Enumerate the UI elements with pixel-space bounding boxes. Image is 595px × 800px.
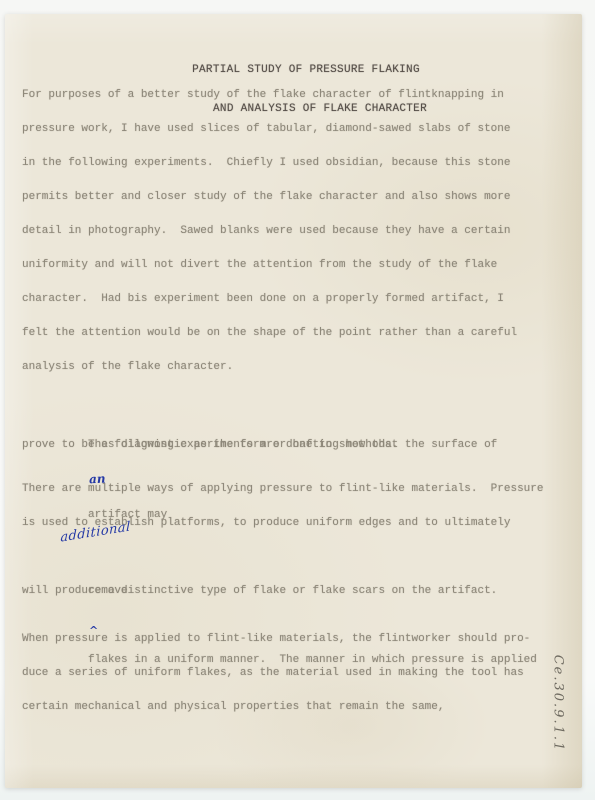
paragraph-1: For purposes of a better study of the fl… [22,78,576,384]
typed-line: pressure work, I have used slices of tab… [22,112,576,146]
typed-line: For purposes of a better study of the fl… [22,78,576,112]
typed-line-with-insertion: remove ^ flakes in a uniform manner. The… [22,540,576,574]
catalog-number: Ce.30.9.1.1 [551,638,566,770]
typed-line: in the following experiments. Chiefly I … [22,146,576,180]
typed-line-with-insertion: The following experiments are done to sh… [22,394,576,428]
typed-line: uniformity and will not divert the atten… [22,248,576,282]
typed-segment: remove [88,585,128,597]
typed-line: analysis of the flake character. [22,350,576,384]
typed-body: For purposes of a better study of the fl… [22,78,576,724]
typed-line: certain mechanical and physical properti… [22,690,576,724]
document-page: PARTIAL STUDY OF PRESSURE FLAKING AND AN… [5,14,582,788]
typed-segment: flakes in a uniform manner. The manner i… [88,654,537,666]
title-line-1: PARTIAL STUDY OF PRESSURE FLAKING [32,64,580,77]
typed-line: character. Had bis experiment been done … [22,282,576,316]
typed-line: felt the attention would be on the shape… [22,316,576,350]
scan-background: PARTIAL STUDY OF PRESSURE FLAKING AND AN… [0,0,595,800]
paragraph-2: The following experiments are done to sh… [22,394,576,462]
insertion-caret: ^ [89,614,98,648]
typed-line: permits better and closer study of the f… [22,180,576,214]
typed-line: detail in photography. Sawed blanks were… [22,214,576,248]
handwritten-insertion-an: an [88,462,106,497]
